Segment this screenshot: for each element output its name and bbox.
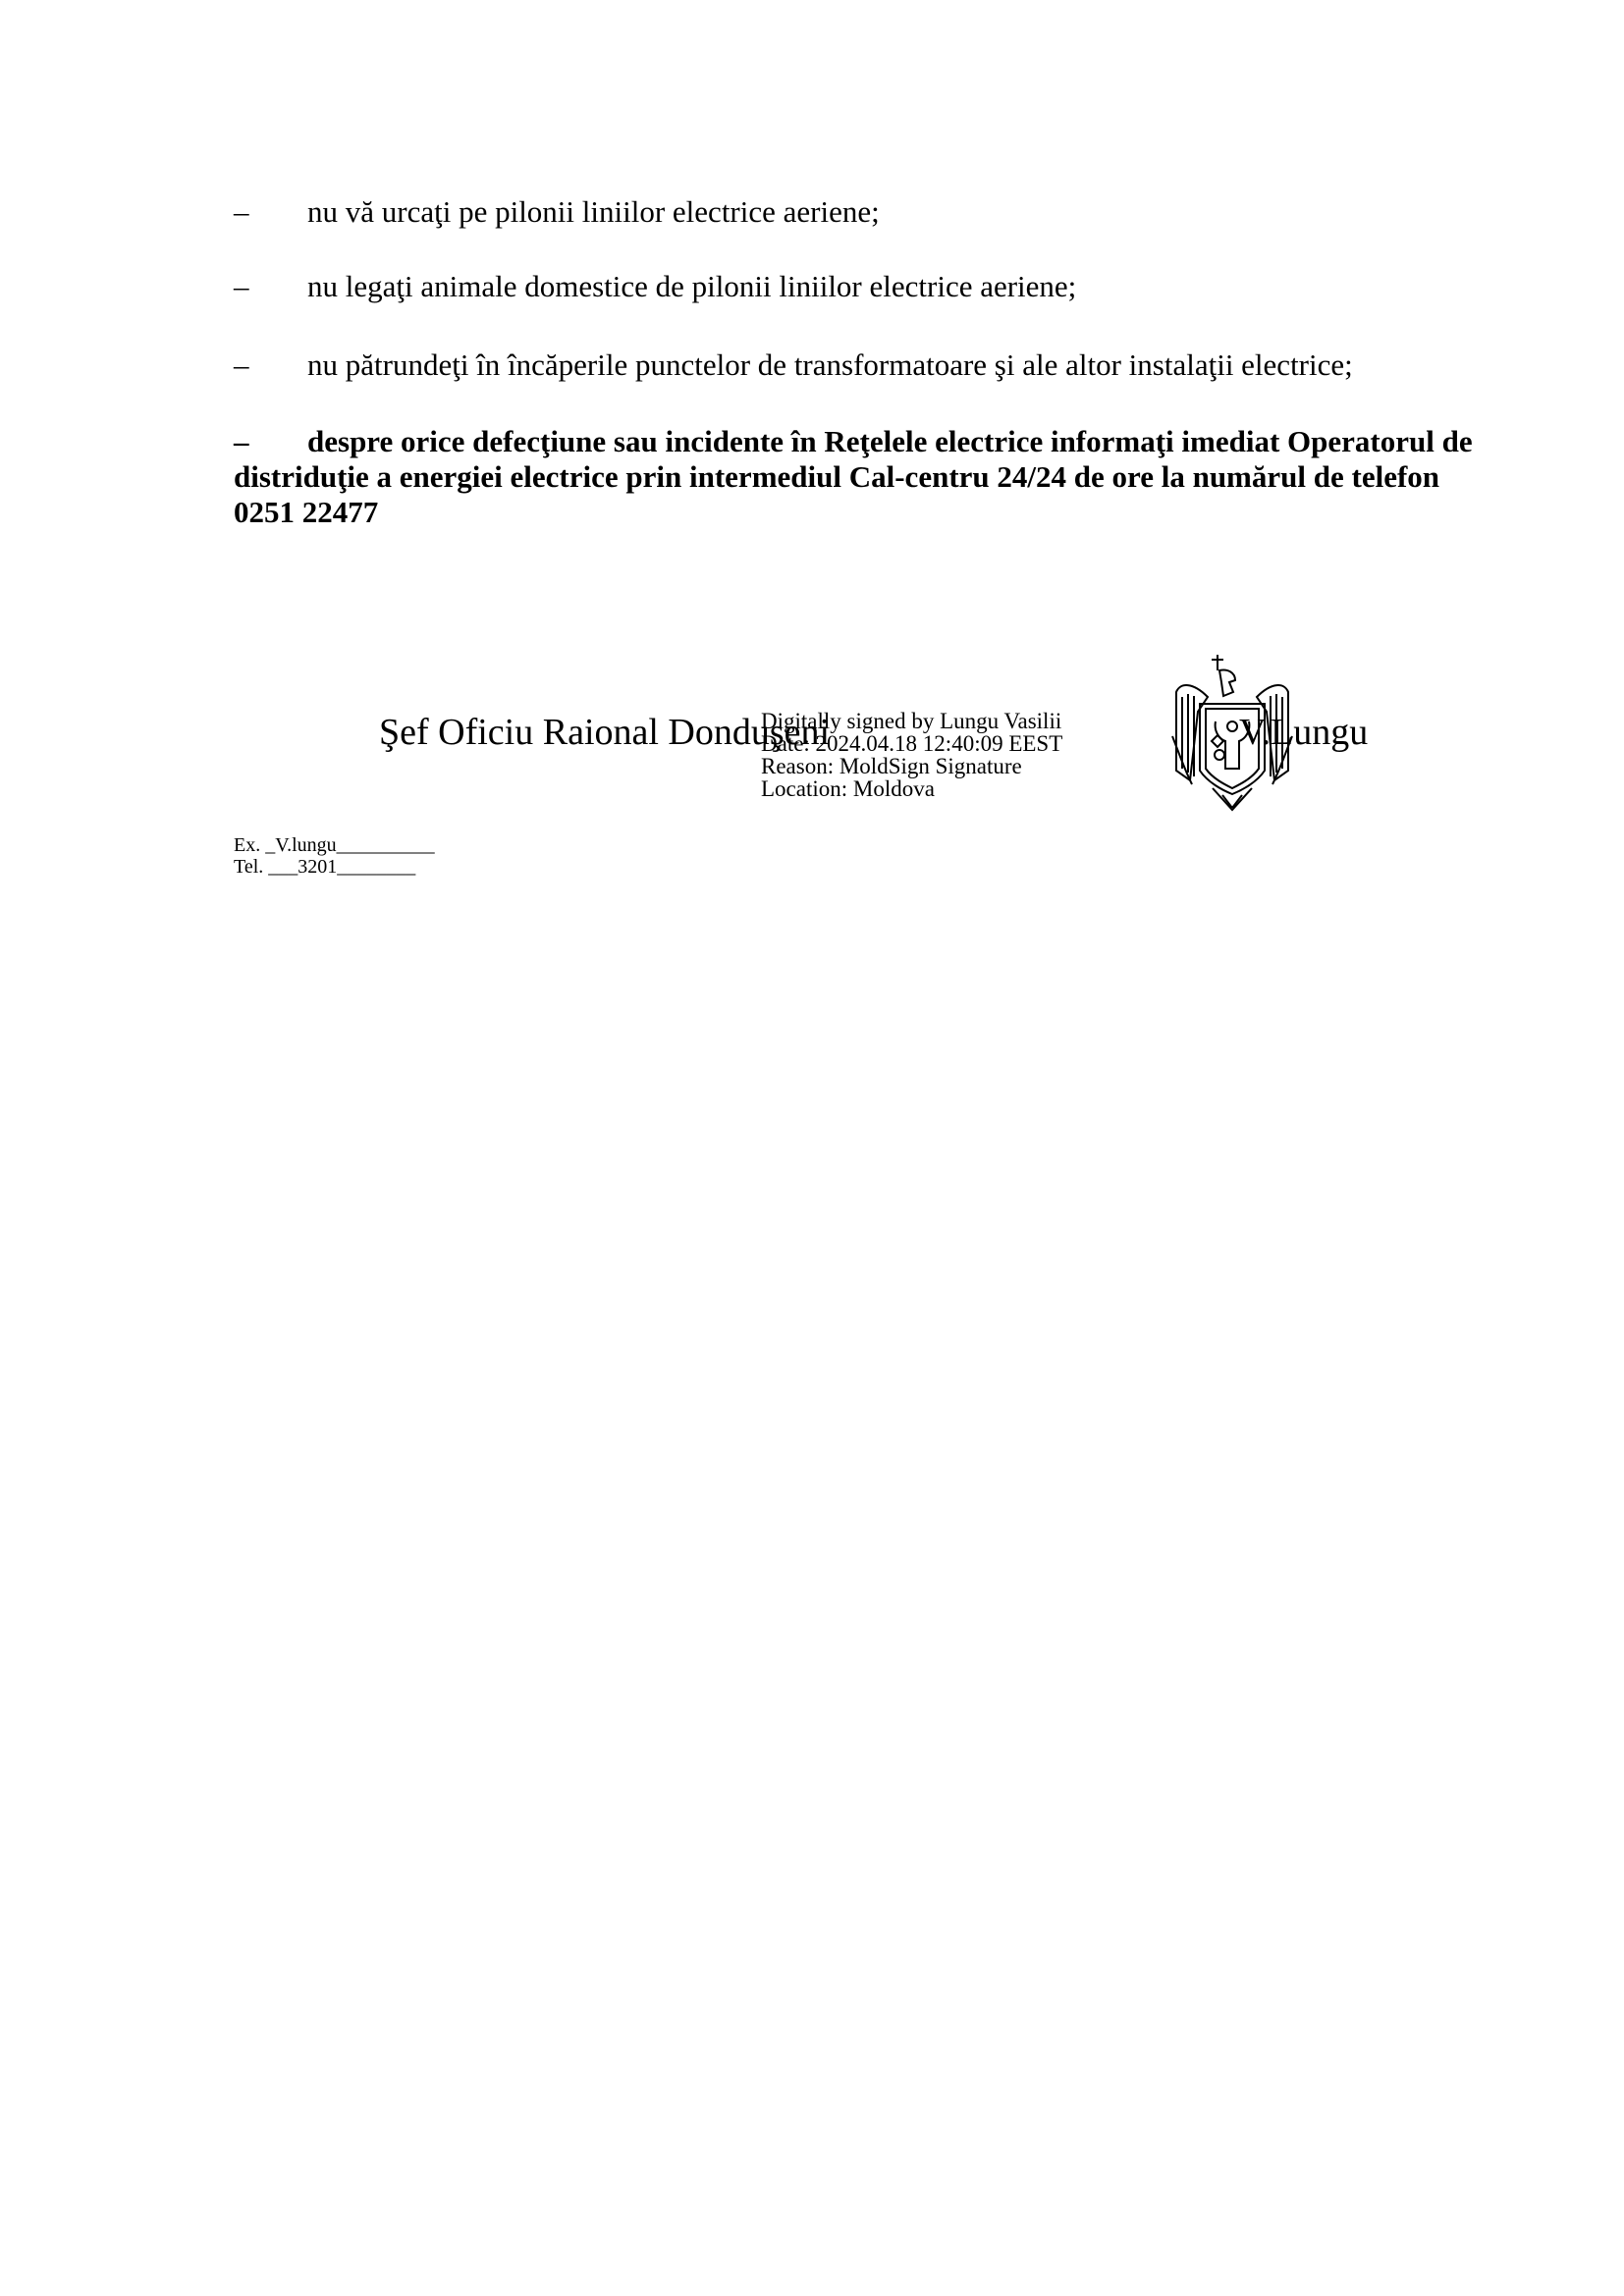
signer-name: V.Lungu: [1239, 712, 1368, 753]
signature-location: Location: Moldova: [761, 777, 1062, 800]
notice-text: despre orice defecţiune sau incidente în…: [234, 424, 1473, 529]
bullet-dash: –: [234, 269, 249, 304]
bullet-dash: –: [234, 194, 249, 230]
document-footer: Ex. _V.lungu__________ Tel. ___3201_____…: [234, 834, 435, 878]
phone-line: Tel. ___3201________: [234, 856, 435, 878]
digital-signature-block: Digitally signed by Lungu Vasilii Date: …: [761, 710, 1062, 800]
bullet-text: nu pătrundeţi în încăperile punctelor de…: [307, 347, 1353, 383]
executor-line: Ex. _V.lungu__________: [234, 834, 435, 856]
bullet-text: nu legaţi animale domestice de pilonii l…: [307, 269, 1076, 304]
signature-date: Date: 2024.04.18 12:40:09 EEST: [761, 732, 1062, 755]
notice-dash: –: [234, 424, 307, 459]
important-notice: –despre orice defecţiune sau incidente î…: [234, 424, 1500, 530]
signature-reason: Reason: MoldSign Signature: [761, 755, 1062, 777]
bullet-text: nu vă urcaţi pe pilonii liniilor electri…: [307, 194, 880, 230]
signature-signed-by: Digitally signed by Lungu Vasilii: [761, 710, 1062, 732]
bullet-dash: –: [234, 347, 249, 383]
